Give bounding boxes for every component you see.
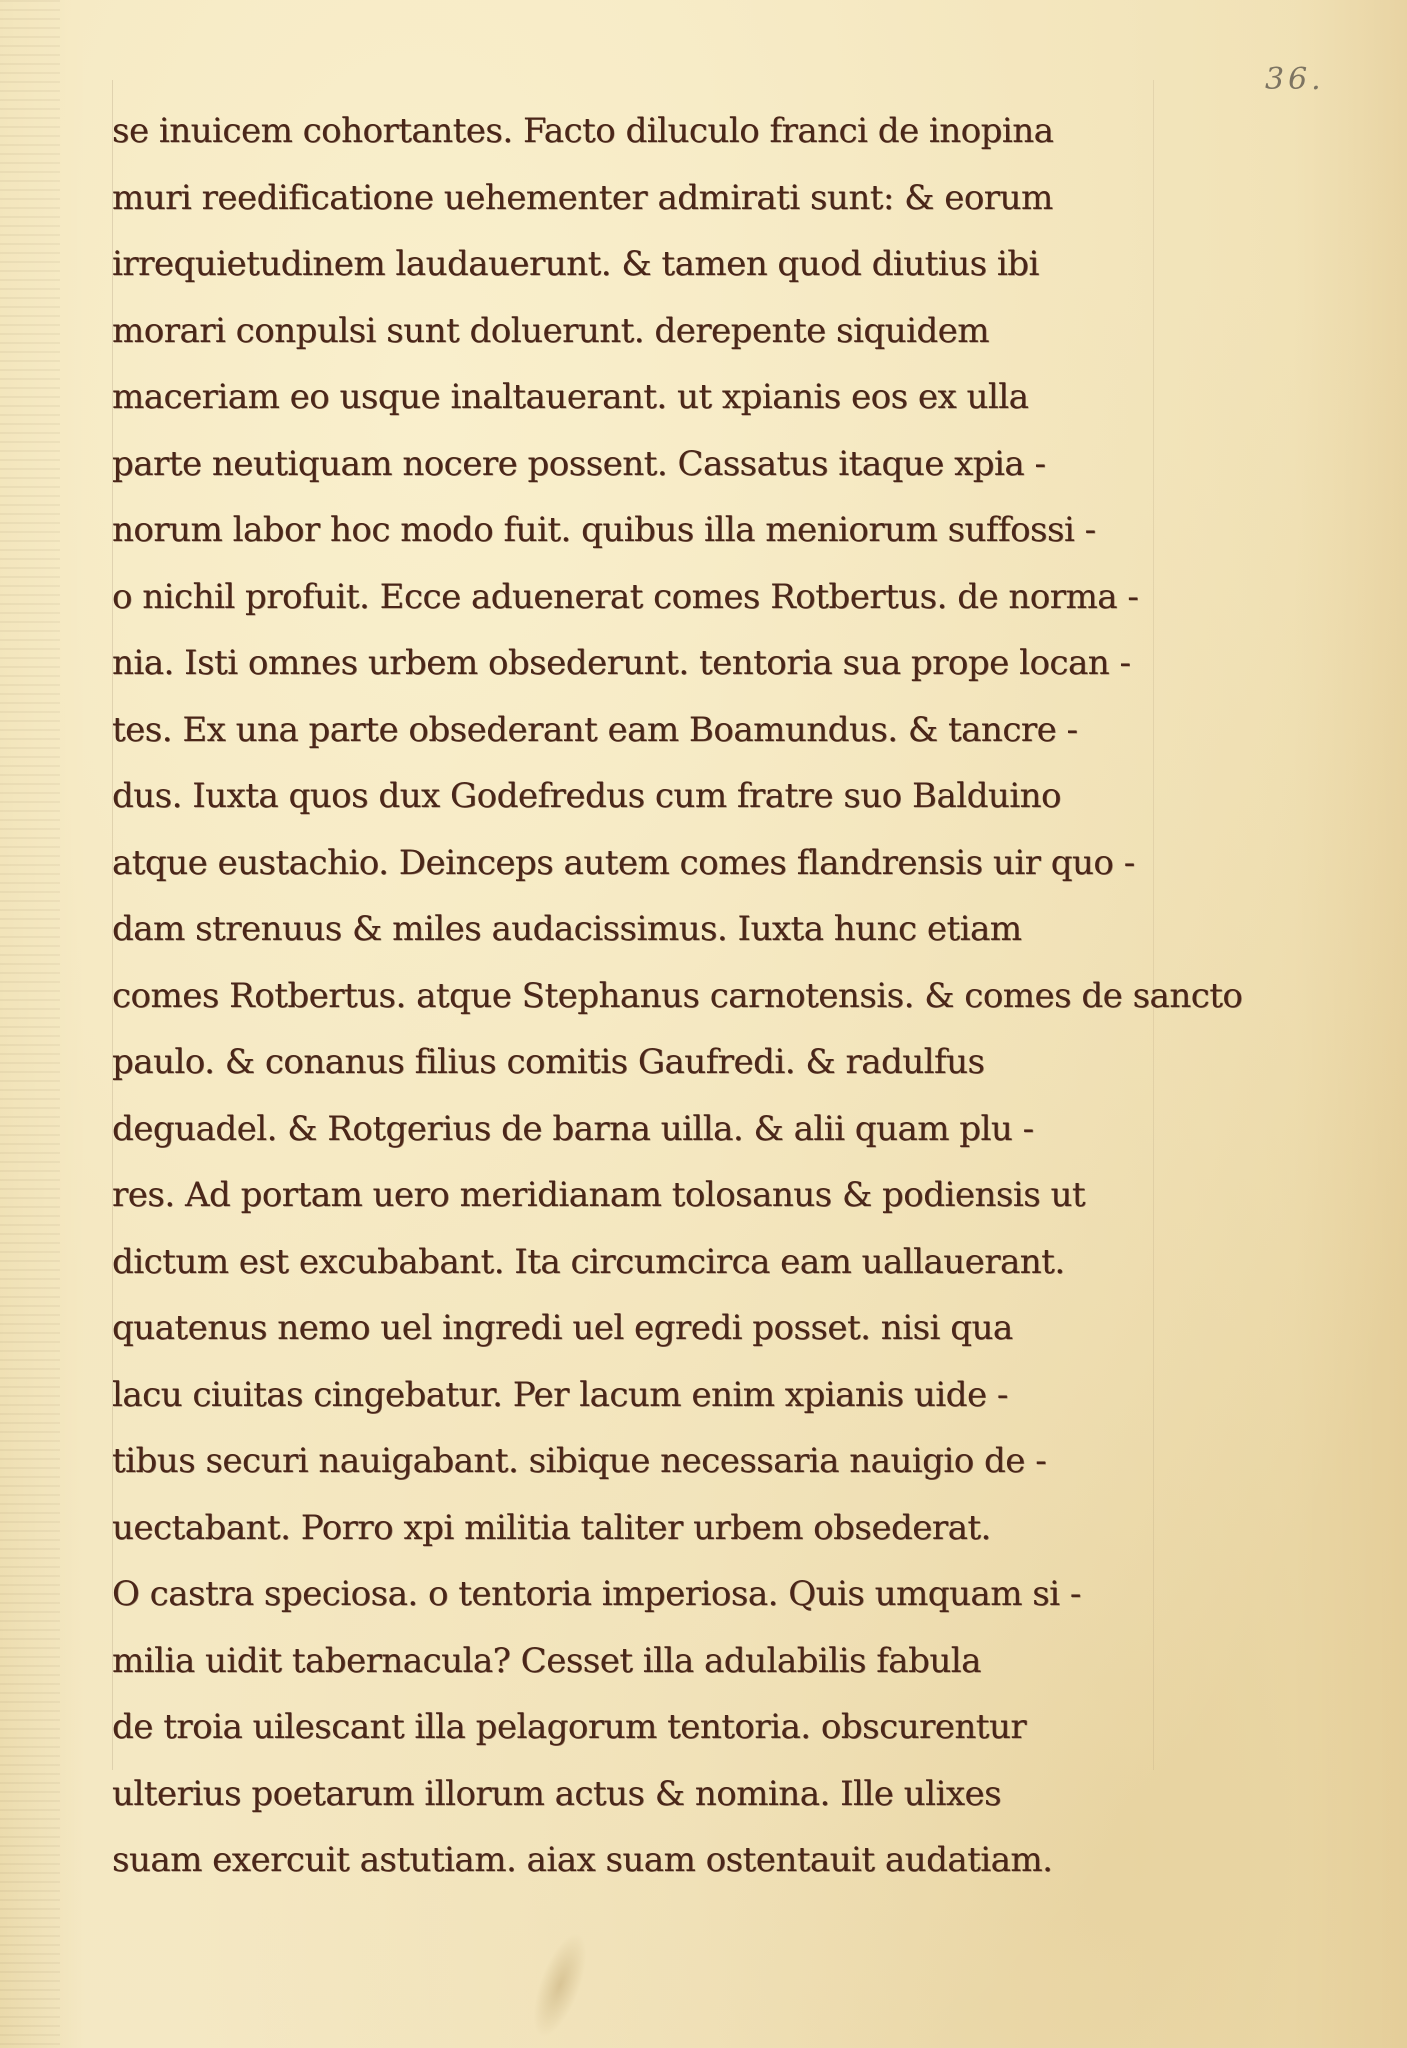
text-line: nia. Isti omnes urbem obsederunt. tentor… <box>112 630 1172 697</box>
text-line: dictum est excubabant. Ita circumcirca e… <box>112 1229 1172 1296</box>
text-line: norum labor hoc modo fuit. quibus illa m… <box>112 497 1172 564</box>
text-line: paulo. & conanus filius comitis Gaufredi… <box>112 1029 1172 1096</box>
text-line: irrequietudinem laudauerunt. & tamen quo… <box>112 231 1172 298</box>
text-line: suam exercuit astutiam. aiax suam ostent… <box>112 1827 1172 1894</box>
binding-gutter <box>0 0 60 2048</box>
text-line: uectabant. Porro xpi militia taliter urb… <box>112 1495 1172 1562</box>
text-line: comes Rotbertus. atque Stephanus carnote… <box>112 963 1172 1030</box>
folio-number: 36. <box>1265 62 1325 97</box>
text-line: parte neutiquam nocere possent. Cassatus… <box>112 431 1172 498</box>
text-line: tibus securi nauigabant. sibique necessa… <box>112 1428 1172 1495</box>
text-line: milia uidit tabernacula? Cesset illa adu… <box>112 1628 1172 1695</box>
text-line: muri reedificatione uehementer admirati … <box>112 165 1172 232</box>
manuscript-folio: 36. se inuicem cohortantes. Facto dilucu… <box>0 0 1407 2048</box>
text-line: tes. Ex una parte obsederant eam Boamund… <box>112 697 1172 764</box>
text-line: atque eustachio. Deinceps autem comes fl… <box>112 830 1172 897</box>
text-line: dus. Iuxta quos dux Godefredus cum fratr… <box>112 763 1172 830</box>
text-line: de troia uilescant illa pelagorum tentor… <box>112 1694 1172 1761</box>
text-line: o nichil profuit. Ecce aduenerat comes R… <box>112 564 1172 631</box>
text-line: maceriam eo usque inaltauerant. ut xpian… <box>112 364 1172 431</box>
text-line: res. Ad portam uero meridianam tolosanus… <box>112 1162 1172 1229</box>
text-line: O castra speciosa. o tentoria imperiosa.… <box>112 1561 1172 1628</box>
text-line: deguadel. & Rotgerius de barna uilla. & … <box>112 1096 1172 1163</box>
text-line: dam strenuus & miles audacissimus. Iuxta… <box>112 896 1172 963</box>
text-line: se inuicem cohortantes. Facto diluculo f… <box>112 98 1172 165</box>
text-line: lacu ciuitas cingebatur. Per lacum enim … <box>112 1362 1172 1429</box>
text-block: se inuicem cohortantes. Facto diluculo f… <box>112 98 1172 1894</box>
text-line: morari conpulsi sunt doluerunt. derepent… <box>112 298 1172 365</box>
parchment-stain <box>522 1926 597 2043</box>
text-line: quatenus nemo uel ingredi uel egredi pos… <box>112 1295 1172 1362</box>
text-line: ulterius poetarum illorum actus & nomina… <box>112 1761 1172 1828</box>
